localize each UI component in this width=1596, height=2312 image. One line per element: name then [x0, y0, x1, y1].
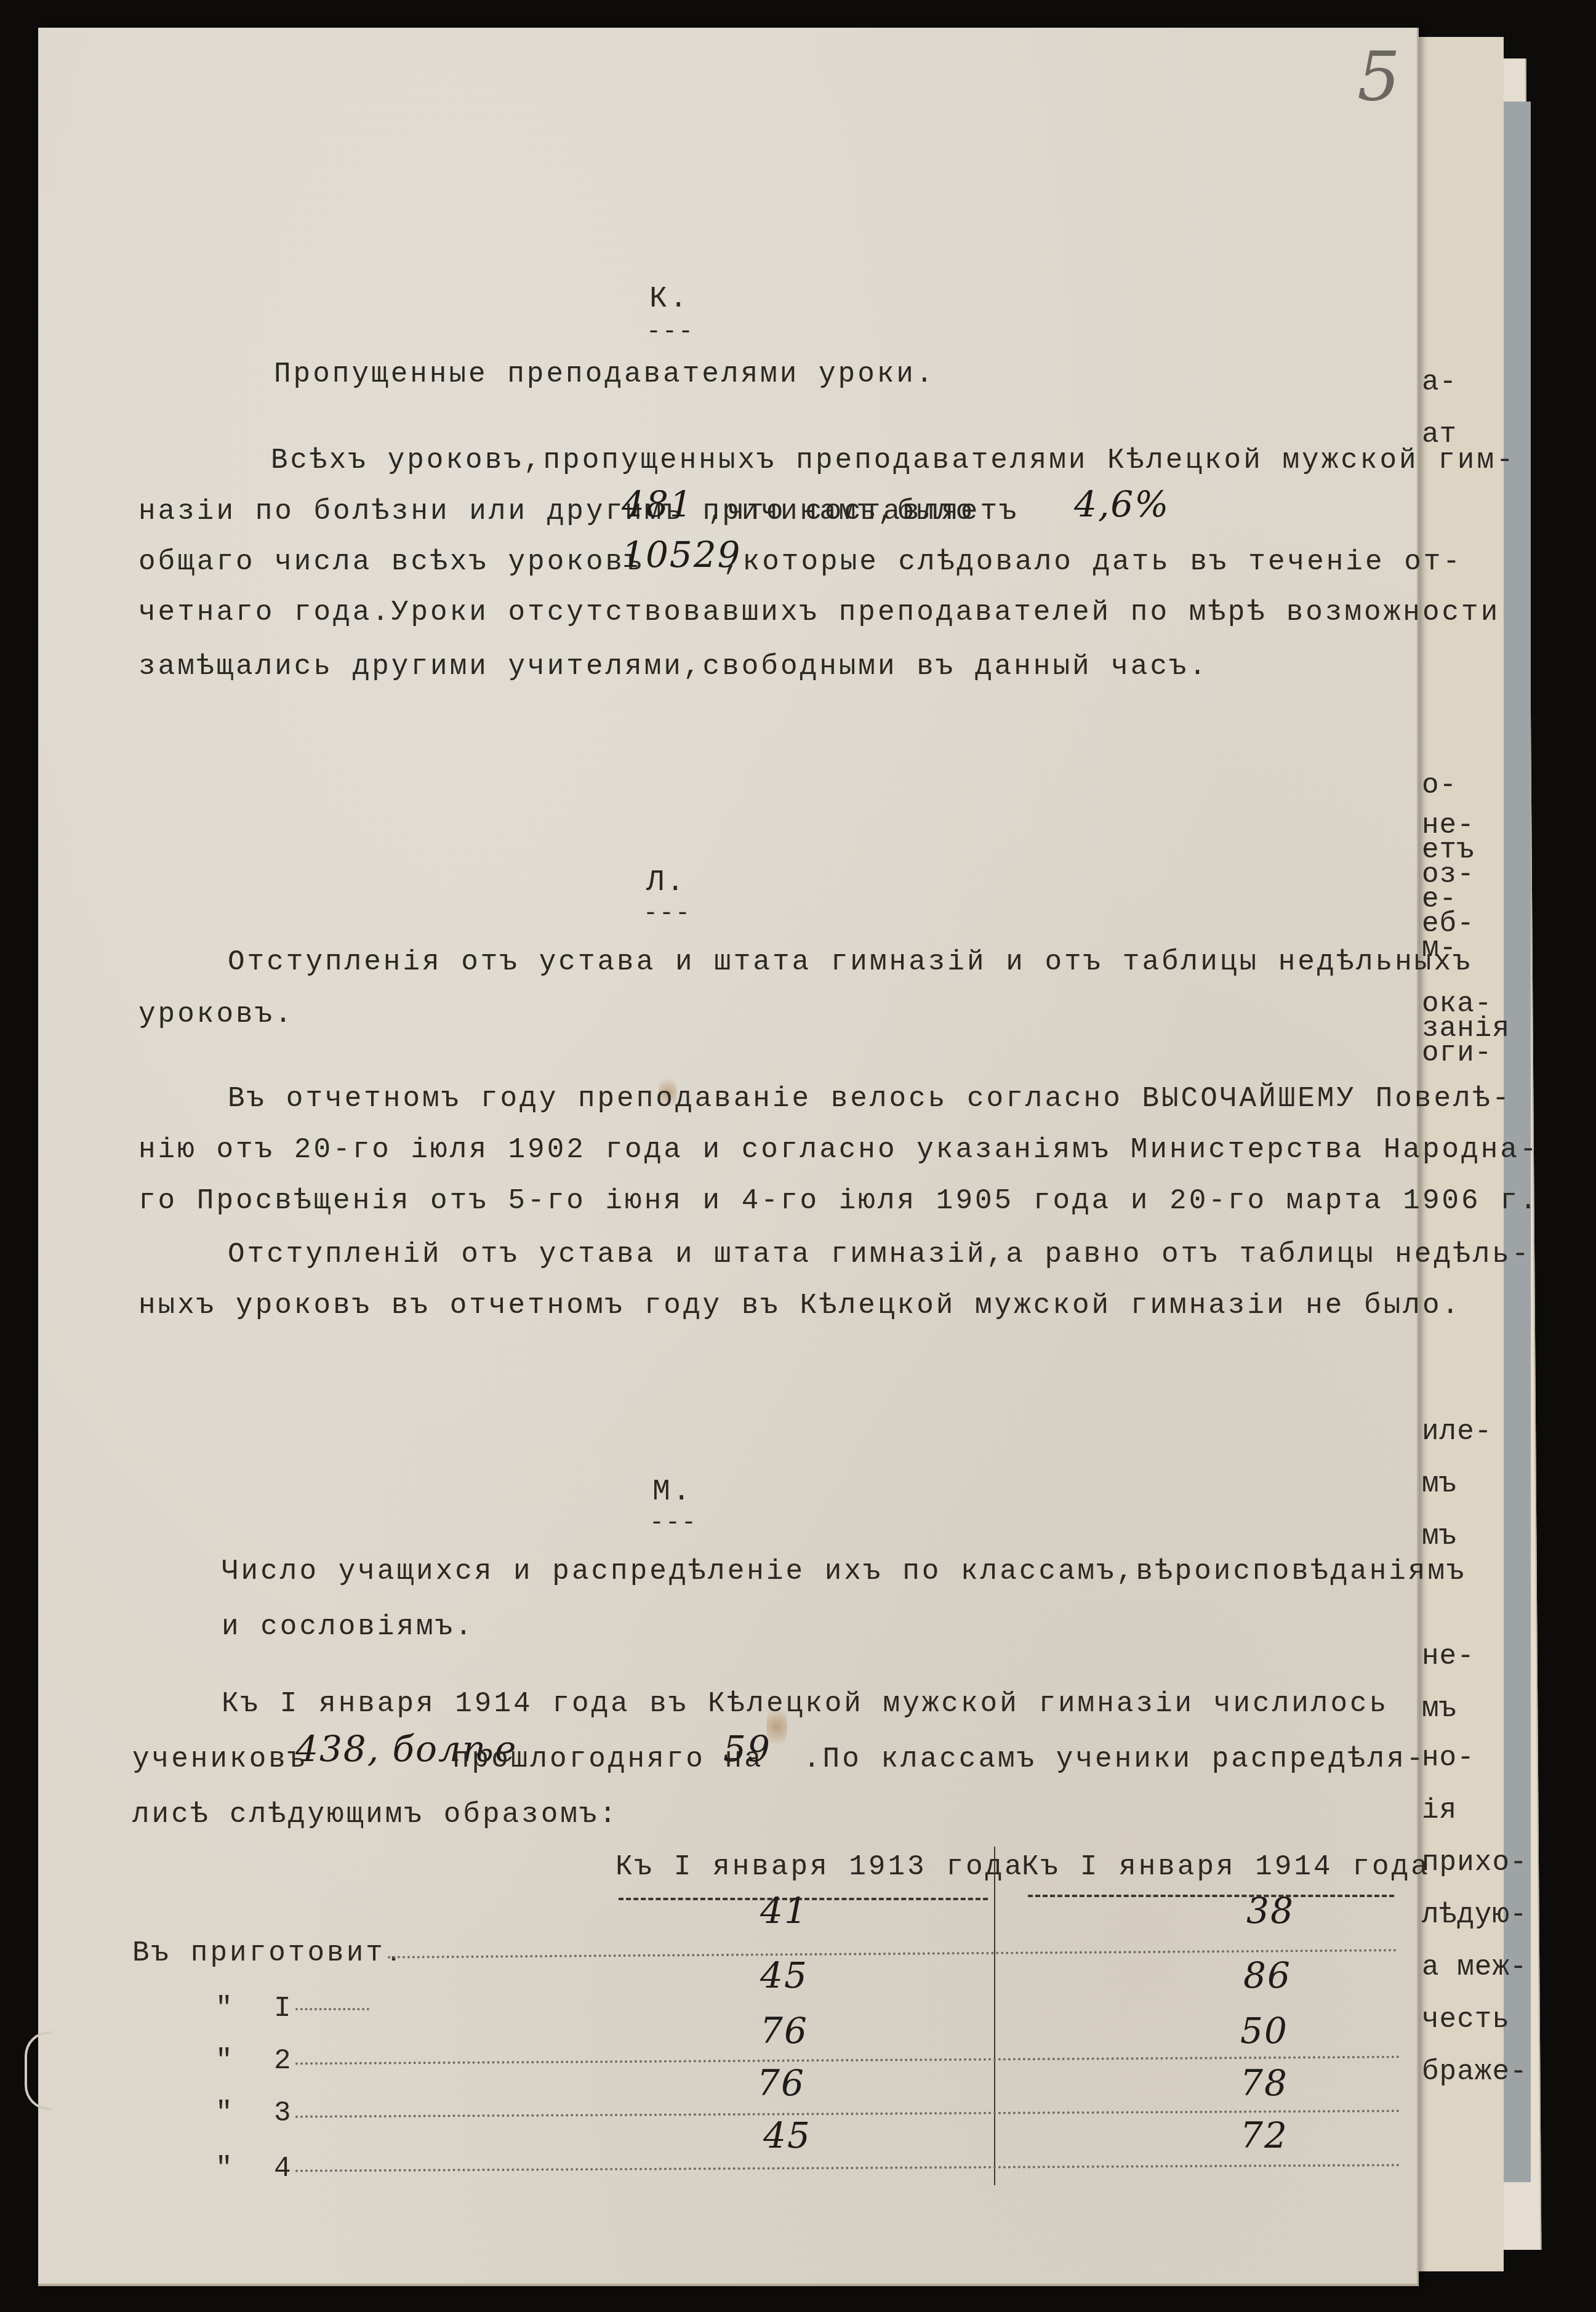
- value-1913: 45: [763, 2117, 811, 2153]
- ditto-mark: ": [215, 2047, 235, 2075]
- row-label: Въ приготовит.: [132, 1939, 404, 1967]
- value-1913: 76: [757, 2065, 805, 2101]
- fragment: мъ: [1422, 1693, 1457, 1725]
- text-line: Всѣхъ уроковъ,пропущенныхъ преподавателя…: [271, 446, 1516, 475]
- ditto-mark: ": [215, 2099, 235, 2127]
- handwritten-value: 481: [622, 486, 694, 522]
- fragment: а меж-: [1422, 1951, 1528, 1983]
- text-line: четнаго года.Уроки отсутствовавшихъ преп…: [138, 598, 1500, 627]
- text-line: лисѣ слѣдующимъ образомъ:: [132, 1800, 619, 1829]
- leader-line: [295, 2008, 369, 2010]
- row-label: 3: [274, 2099, 294, 2127]
- page-number: 5: [1357, 37, 1400, 116]
- text-line: общаго числа всѣхъ уроковъ: [138, 548, 644, 576]
- ditto-mark: ": [215, 2154, 235, 2183]
- value-1914: 86: [1243, 1957, 1291, 1993]
- value-1913: 76: [760, 2013, 808, 2049]
- text-line: Къ I января 1914 года въ Кѣлецкой мужско…: [222, 1690, 1389, 1718]
- section-rule: ---: [643, 902, 691, 926]
- fragment: но-: [1422, 1742, 1475, 1774]
- fragment: ія: [1422, 1794, 1457, 1826]
- row-label: 2: [274, 2047, 294, 2075]
- fragment: честь: [1422, 2004, 1510, 2036]
- text-line: го Просвѣщенія отъ 5-го іюня и 4-го іюля…: [138, 1187, 1539, 1215]
- text-line: нію отъ 20-го іюля 1902 года и согласно …: [138, 1136, 1539, 1164]
- fragment: браже-: [1422, 2056, 1528, 2088]
- binding-thread: [25, 2031, 52, 2110]
- column-header: Къ I января 1914 года: [1022, 1853, 1430, 1881]
- fragment: иле-: [1422, 1416, 1492, 1448]
- value-1914: 78: [1240, 2065, 1288, 2101]
- row-label: 4: [274, 2154, 294, 2183]
- value-1913: 45: [760, 1957, 808, 1993]
- row-label: I: [274, 1994, 294, 2023]
- text-line: ,что составляетъ: [708, 497, 1019, 526]
- value-1914: 72: [1240, 2117, 1288, 2153]
- section-heading: и сословіямъ.: [222, 1613, 475, 1641]
- handwritten-value: 4,6%: [1074, 486, 1169, 522]
- fragment: а-: [1422, 366, 1457, 398]
- fragment: прихо-: [1422, 1847, 1528, 1879]
- text-line: .По классамъ ученики распредѣля-: [803, 1745, 1426, 1773]
- value-1913: 41: [760, 1893, 808, 1929]
- section-rule: ---: [649, 1511, 697, 1536]
- section-letter-m: М.: [652, 1477, 693, 1507]
- column-divider: [994, 1847, 995, 2185]
- fragment: мъ: [1422, 1520, 1457, 1552]
- fragment: лѣдую-: [1422, 1899, 1528, 1931]
- section-letter-l: Л.: [646, 868, 687, 897]
- ditto-mark: ": [215, 1994, 235, 2023]
- text-line: Отступленій отъ устава и штата гимназій,…: [228, 1240, 1531, 1269]
- fragment: оги-: [1422, 1037, 1492, 1069]
- text-line: замѣщались другими учителями,свободными …: [138, 652, 1208, 681]
- column-header: Къ I января 1913 года: [616, 1853, 1024, 1881]
- value-1914: 50: [1240, 2013, 1288, 2049]
- section-heading: Число учащихся и распредѣленіе ихъ по кл…: [222, 1557, 1467, 1586]
- section-heading: уроковъ.: [138, 1000, 294, 1029]
- section-heading: Отступленія отъ устава и штата гимназій …: [228, 948, 1473, 976]
- column-underline: [1028, 1895, 1394, 1897]
- fragment: мъ: [1422, 1468, 1457, 1500]
- text-line: учениковъ: [132, 1745, 307, 1773]
- fragment: о-: [1422, 769, 1457, 801]
- text-line: прошлогодняго на: [452, 1745, 764, 1773]
- section-heading: Пропущенные преподавателями уроки.: [274, 360, 936, 388]
- text-line: Въ отчетномъ году преподаваніе велось со…: [228, 1085, 1512, 1113]
- section-letter-k: К.: [649, 284, 690, 314]
- text-line: ,которые слѣдовало дать въ теченіе от-: [723, 548, 1462, 576]
- value-1914: 38: [1246, 1893, 1294, 1929]
- text-line: ныхъ уроковъ въ отчетномъ году въ Кѣлецк…: [138, 1291, 1461, 1320]
- handwritten-value: 59: [723, 1731, 771, 1767]
- fragment: не-: [1422, 1640, 1475, 1672]
- section-rule: ---: [646, 320, 694, 345]
